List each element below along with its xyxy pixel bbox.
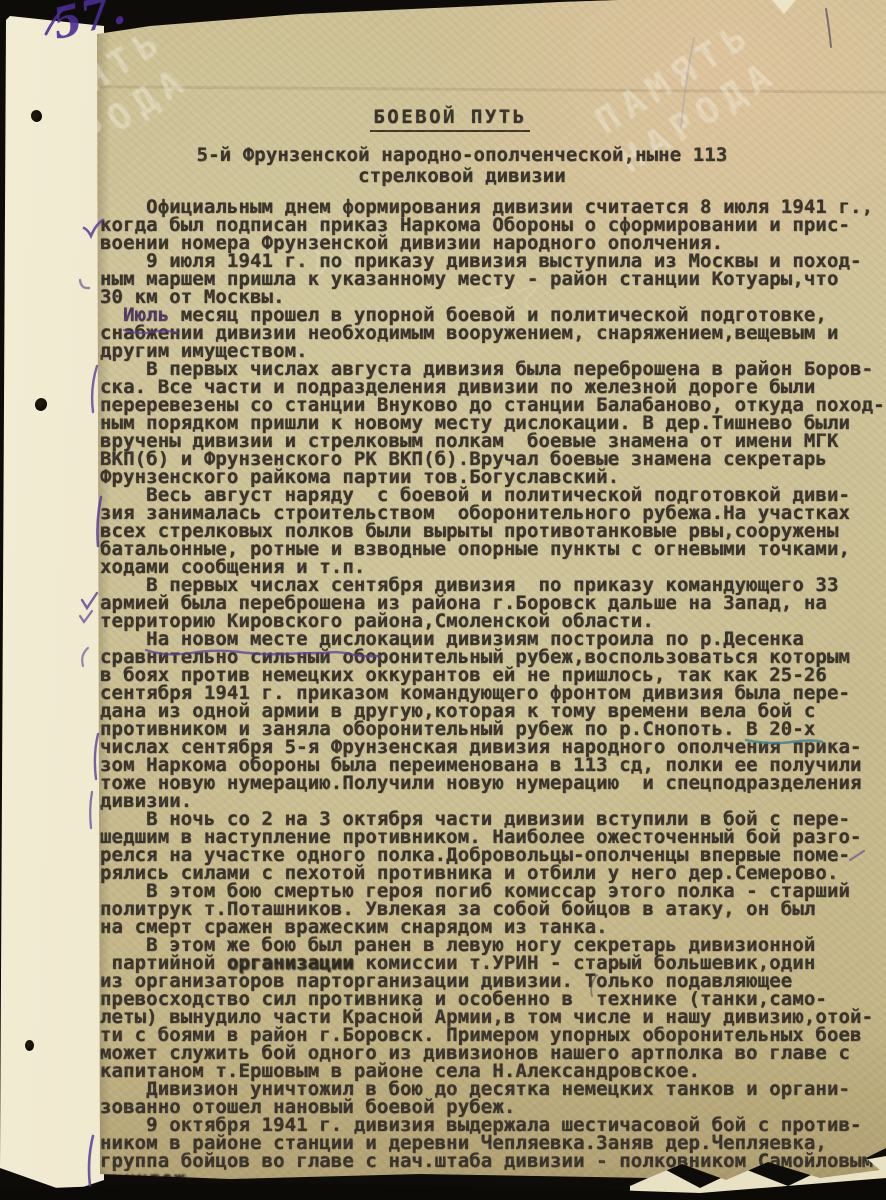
subtitle-line-1: 5-й Фрунзенской народно-ополченческой,ны… bbox=[100, 145, 824, 166]
subtitle-line-2: стрелковой дивизии bbox=[100, 166, 824, 187]
scanned-document: ПАМЯТЬ НАРОДА ПАМЯТЬ НАРОДА ☆ ☆ БОЕВОЙ П… bbox=[0, 0, 886, 1200]
title-row: БОЕВОЙ ПУТЬ bbox=[100, 106, 800, 132]
pen-retraced-word: Июль bbox=[123, 306, 169, 324]
document-body: Официальным днем формирования дивизии сч… bbox=[100, 198, 886, 1170]
overstruck-word: организации организации bbox=[227, 954, 387, 974]
punch-hole bbox=[29, 108, 43, 123]
document-page: ПАМЯТЬ НАРОДА ПАМЯТЬ НАРОДА ☆ ☆ БОЕВОЙ П… bbox=[0, 0, 886, 1200]
document-title: БОЕВОЙ ПУТЬ bbox=[370, 106, 529, 132]
document-subtitle: 5-й Фрунзенской народно-ополченческой,ны… bbox=[100, 145, 824, 187]
punch-hole bbox=[25, 1040, 34, 1051]
punch-hole bbox=[34, 397, 49, 413]
